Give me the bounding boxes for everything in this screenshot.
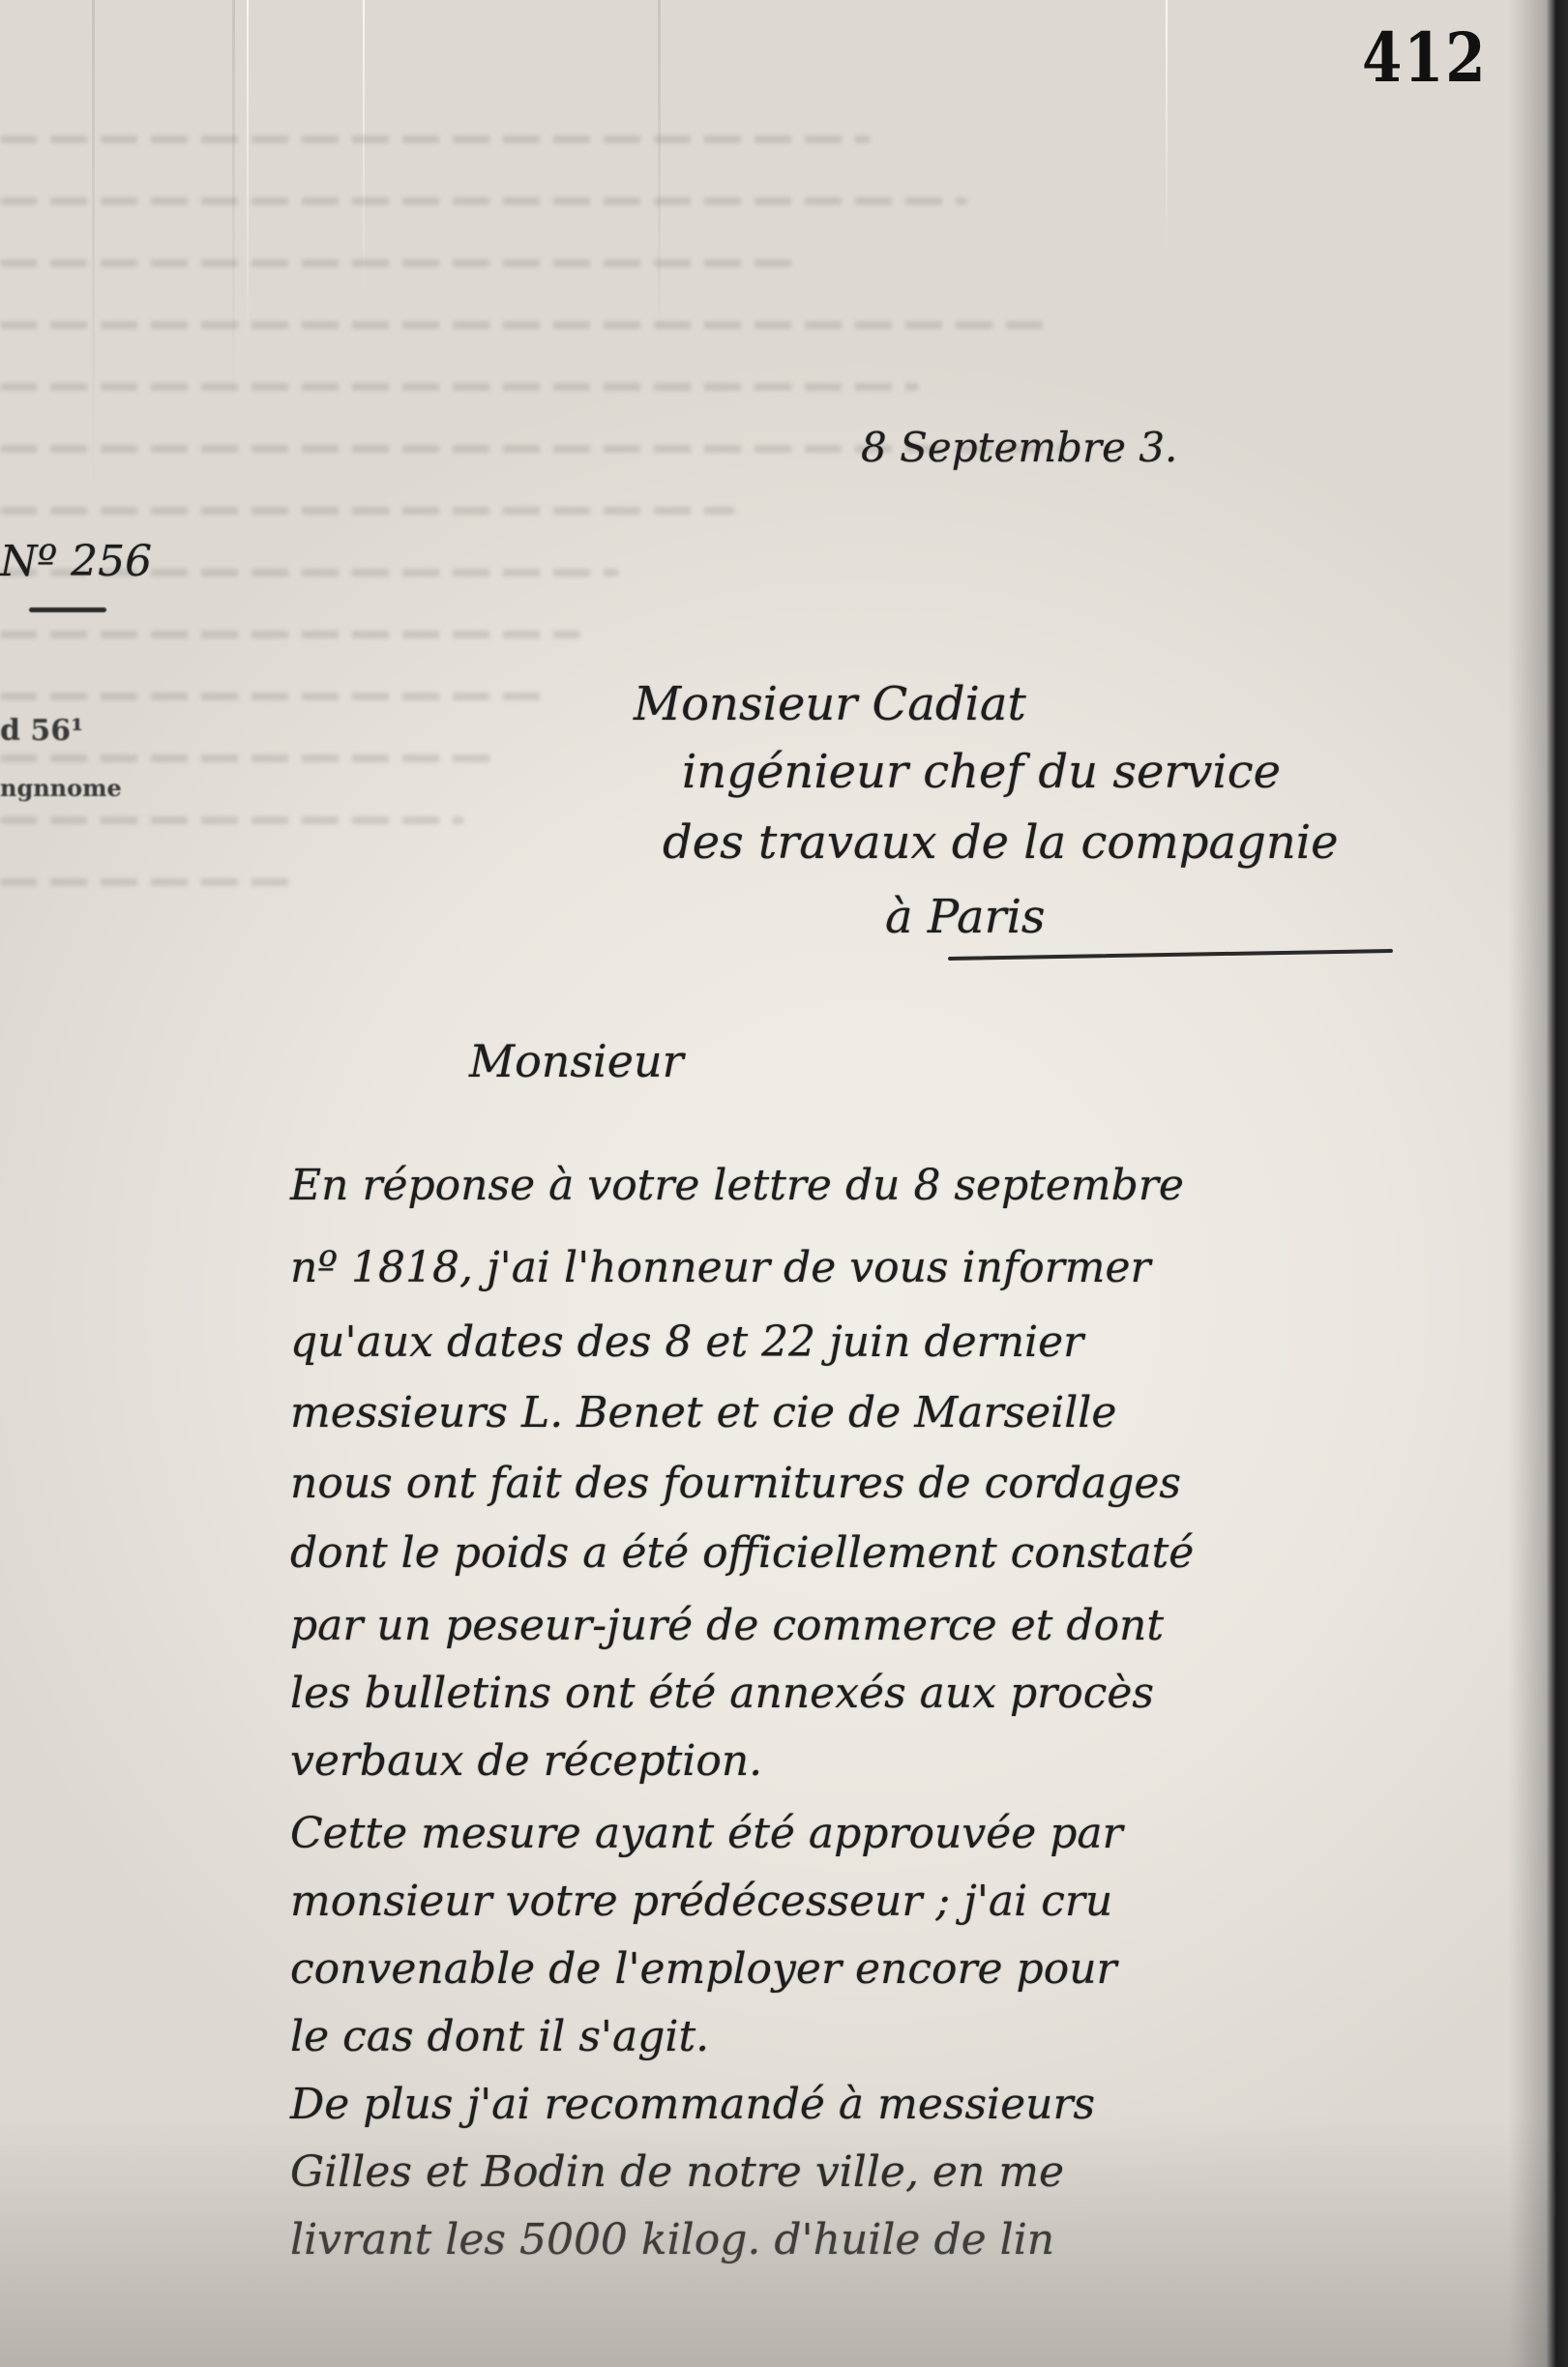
margin-printed-text: d 56¹ <box>0 714 83 748</box>
letter-date: 8 Septembre 3. <box>861 424 1177 471</box>
manuscript-page: 412 Nº 256 d 56¹ ngnnome 8 Septembre 3. … <box>0 0 1568 2367</box>
body-line: le cas dont il s'agit. <box>290 2012 709 2061</box>
page-edge-shadow <box>1508 0 1547 2367</box>
address-line: à Paris <box>885 890 1046 944</box>
body-line: par un peseur-juré de commerce et dont <box>290 1601 1164 1650</box>
margin-underline <box>29 607 106 612</box>
body-line: nous ont fait des fournitures de cordage… <box>290 1459 1181 1508</box>
address-underline <box>948 949 1393 961</box>
body-line: convenable de l'employer encore pour <box>290 1944 1117 1994</box>
address-line: des travaux de la compagnie <box>663 815 1339 870</box>
margin-printed-text: ngnnome <box>0 774 122 802</box>
margin-number: Nº 256 <box>0 537 152 586</box>
body-line: nº 1818, j'ai l'honneur de vous informer <box>290 1243 1151 1292</box>
body-line: monsieur votre prédécesseur ; j'ai cru <box>290 1877 1112 1926</box>
body-line: les bulletins ont été annexés aux procès <box>290 1669 1154 1718</box>
body-line: dont le poids a été officiellement const… <box>290 1528 1194 1578</box>
page-shadow <box>0 2116 1568 2367</box>
body-line: verbaux de réception. <box>290 1736 762 1786</box>
body-line: En réponse à votre lettre du 8 septembre <box>290 1161 1184 1210</box>
body-line: messieurs L. Benet et cie de Marseille <box>290 1388 1116 1437</box>
paper-fold <box>1166 0 1168 251</box>
address-line: Monsieur Cadiat <box>634 677 1026 731</box>
body-line: Cette mesure ayant été approuvée par <box>290 1809 1123 1858</box>
body-line: qu'aux dates des 8 et 22 juin dernier <box>290 1317 1083 1367</box>
address-line: ingénieur chef du service <box>682 745 1281 799</box>
salutation: Monsieur <box>469 1035 684 1087</box>
page-binding-edge <box>1547 0 1568 2367</box>
folio-number: 412 <box>1362 17 1487 98</box>
